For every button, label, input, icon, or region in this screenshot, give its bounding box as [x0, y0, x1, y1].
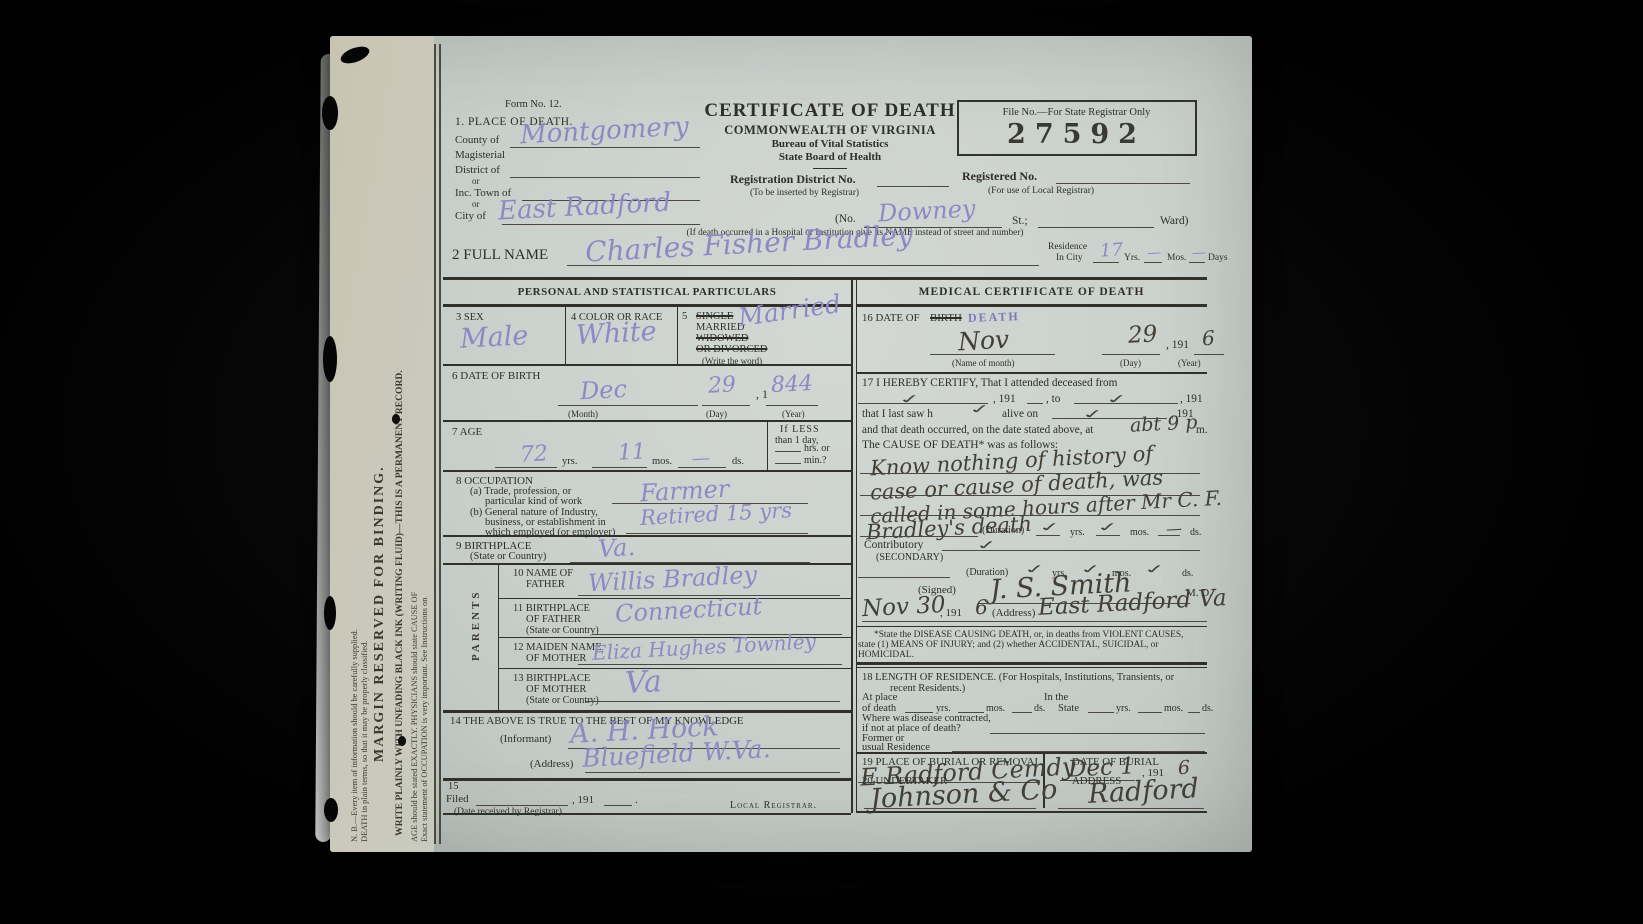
- blank-line: [877, 186, 949, 187]
- dod-year-printed: , 191: [1166, 339, 1189, 352]
- stitch-hole: [392, 414, 400, 424]
- blank-line: [766, 405, 818, 406]
- stitch-hole: [398, 736, 406, 746]
- blank-line: [1056, 183, 1190, 184]
- age-ds-label: ds.: [732, 456, 744, 468]
- blank-line: [864, 808, 1036, 809]
- divider: [856, 304, 1207, 307]
- footnote-line3: HOMICIDAL.: [858, 650, 914, 661]
- blank-line: [558, 405, 698, 406]
- registered-no-note: (For use of Local Registrar): [988, 186, 1094, 197]
- father-bp-value: Connecticut: [614, 594, 762, 626]
- column-divider: [851, 277, 853, 813]
- month-caption: (Month): [568, 409, 598, 419]
- registration-district-note: (To be inserted by Registrar): [750, 188, 859, 199]
- or-label: or: [472, 199, 480, 209]
- ditto-check: ✓: [966, 401, 994, 416]
- blank-line: [1012, 712, 1032, 713]
- item16-label: 16 DATE OF: [862, 312, 920, 324]
- last-saw-label: that I last saw h: [862, 408, 933, 421]
- margin-note-nb-line1: N. B.—Every item of information should b…: [350, 629, 359, 842]
- st-label: St.;: [1012, 215, 1028, 228]
- mos-label: mos.: [1164, 703, 1183, 714]
- margin-age-line1: AGE should be stated EXACTLY. PHYSICIANS…: [410, 592, 419, 842]
- divider: [813, 168, 847, 169]
- column-divider: [856, 277, 858, 813]
- city-of-label: City of: [455, 210, 486, 222]
- local-registrar-label: Local Registrar.: [730, 800, 817, 811]
- item5-number: 5: [682, 311, 687, 323]
- dod-month-value: Nov: [957, 327, 1009, 355]
- to-label: , to: [1046, 393, 1060, 406]
- blank-line: [604, 805, 632, 806]
- alive-on-label: alive on: [1002, 408, 1038, 421]
- divider: [443, 710, 851, 713]
- blank-line: [702, 405, 750, 406]
- married-label: MARRIED: [696, 322, 744, 334]
- age-mos-label: mos.: [652, 456, 672, 468]
- stitch-line: [439, 44, 441, 844]
- county-value: Montgomery: [519, 114, 689, 149]
- days-label: Days: [1208, 253, 1228, 264]
- single-label: SINGLE: [696, 311, 733, 323]
- year-printed: , 191: [1180, 393, 1203, 406]
- filed-label: Filed: [446, 793, 469, 805]
- divider: [443, 470, 851, 472]
- footnote-line2: state (1) MEANS OF INJURY; and (2) wheth…: [858, 640, 1158, 651]
- registration-district-label: Registration District No.: [730, 173, 856, 186]
- margin-note-nb-line2: DEATH in plain terms, so that it may be …: [360, 641, 369, 842]
- day-caption: (Day): [706, 409, 727, 419]
- registered-no-label: Registered No.: [962, 170, 1037, 183]
- blank-line: [495, 467, 557, 468]
- paper-tear: [322, 96, 338, 130]
- cell-divider: [565, 307, 566, 364]
- contributory-label: Contributory: [864, 539, 923, 552]
- undertaker-address-value: Radford: [1087, 775, 1199, 808]
- year-caption: (Year): [1178, 358, 1201, 368]
- blank-line: [1144, 262, 1162, 263]
- state-country-note: (State or Country): [470, 551, 546, 563]
- divider: [856, 372, 1207, 374]
- ditto-check: ✓: [973, 537, 1001, 552]
- ward-label: Ward): [1160, 215, 1188, 228]
- blank-line: [585, 772, 840, 773]
- time-of-death-value: abt 9 p: [1130, 413, 1198, 436]
- m-label: m.: [1196, 424, 1208, 437]
- ditto-check: ✓: [896, 391, 924, 406]
- ditto-check: ✓: [1094, 519, 1122, 534]
- age-label: 7 AGE: [452, 426, 482, 438]
- mos-label: Mos.: [1167, 253, 1186, 264]
- death-occurred-label: and that death occurred, on the date sta…: [862, 424, 1093, 437]
- age-days-dash: —: [692, 450, 711, 469]
- blank-line: [930, 354, 1055, 355]
- footnote-line1: *State the DISEASE CAUSING DEATH, or, in…: [874, 630, 1183, 641]
- father-name-label2: FATHER: [526, 579, 565, 591]
- blank-line: [1188, 712, 1200, 713]
- magisterial-label: Magisterial: [455, 149, 505, 161]
- divorced-label: OR DIVORCED: [696, 344, 767, 356]
- ds-label: ds.: [1034, 703, 1045, 714]
- dob-day-value: 29: [707, 374, 736, 397]
- residence-label: Residence: [1048, 242, 1087, 253]
- divider: [443, 778, 851, 781]
- blank-line: [626, 533, 808, 534]
- paper-tear: [323, 336, 337, 382]
- blank-line: [592, 467, 647, 468]
- filed-year-printed: , 191: [572, 794, 594, 806]
- duration-mos-label: mos.: [1130, 527, 1149, 538]
- age-yrs-label: yrs.: [562, 456, 577, 468]
- physician-address-label: (Address): [992, 607, 1035, 619]
- mother-bp-label1: 13 BIRTHPLACE: [513, 673, 590, 685]
- age-years-value: 72: [519, 443, 548, 466]
- mother-name-label1: 12 MAIDEN NAME: [513, 642, 602, 654]
- blank-line: [1088, 712, 1114, 713]
- blank-line: [1102, 354, 1160, 355]
- margin-age-line2: Exact statement of OCCUPATION is very im…: [420, 598, 429, 842]
- father-bp-label1: 11 BIRTHPLACE: [513, 603, 590, 615]
- residence-years-value: 17: [1100, 241, 1124, 260]
- divider: [443, 420, 851, 422]
- blank-line: [678, 467, 726, 468]
- duration-ds-label: ds.: [1182, 568, 1193, 579]
- blank-line: [1038, 227, 1154, 228]
- or-label: or: [472, 176, 480, 186]
- occupation-a-line2: particular kind of work: [485, 496, 582, 508]
- commonwealth-label: COMMONWEALTH OF VIRGINIA: [680, 123, 980, 137]
- race-value: White: [575, 318, 657, 349]
- ditto-check: ✓: [1036, 519, 1064, 534]
- bureau-label: Bureau of Vital Statistics: [680, 138, 980, 150]
- paper-tear: [324, 596, 336, 630]
- ditto-check: ✓: [1079, 406, 1107, 421]
- blank-line: [1027, 403, 1043, 404]
- ditto-check: ✓: [1103, 391, 1131, 406]
- filed-period: .: [635, 794, 638, 806]
- cell-divider: [677, 307, 678, 364]
- divider: [443, 563, 851, 565]
- divider: [856, 626, 1207, 627]
- blank-line: [1138, 712, 1162, 713]
- yrs-label: Yrs.: [1124, 253, 1140, 264]
- father-name-label1: 10 NAME OF: [513, 568, 573, 580]
- photo-background: N. B.—Every item of information should b…: [0, 0, 1643, 924]
- state-country-note: (State or Country): [526, 625, 599, 636]
- blank-line: [476, 805, 568, 806]
- blank-line: [858, 577, 950, 578]
- city-value: East Radford: [497, 189, 671, 224]
- certificate-title: CERTIFICATE OF DEATH: [680, 100, 980, 121]
- divider: [443, 535, 851, 537]
- secondary-label: (SECONDARY): [876, 552, 943, 563]
- at-place-label: At place: [862, 692, 897, 704]
- cell-divider: [767, 420, 768, 470]
- if-less-line1: If LESS: [780, 424, 820, 435]
- residence-days-dash: —: [1192, 246, 1207, 261]
- file-number-label: File No.—For State Registrar Only: [959, 107, 1194, 119]
- blank-line: [1158, 535, 1180, 536]
- duration-yrs-label: yrs.: [1070, 527, 1085, 538]
- birth-struck-label: BIRTH: [930, 312, 962, 324]
- right-section-title: MEDICAL CERTIFICATE OF DEATH: [856, 286, 1207, 299]
- blank-line: [578, 664, 842, 665]
- divider: [856, 667, 1207, 668]
- divider: [856, 662, 1207, 665]
- state-label: State: [1058, 703, 1079, 715]
- in-city-label: In City: [1056, 253, 1083, 264]
- county-label: County of: [455, 134, 499, 146]
- informant-address-label: (Address): [530, 758, 573, 770]
- full-name-label: 2 FULL NAME: [452, 247, 548, 264]
- dod-year-value: 6: [1201, 328, 1215, 349]
- dob-month-value: Dec: [579, 377, 627, 403]
- form-number: Form No. 12.: [505, 99, 562, 111]
- margin-write-plainly: WRITE PLAINLY WITH UNFADING BLACK INK (W…: [394, 370, 405, 836]
- mother-name-label2: OF MOTHER: [526, 653, 586, 665]
- occupation-b-line3: which employed (or employer): [485, 527, 615, 539]
- signature-date-value: Nov 30: [861, 594, 946, 621]
- signature-year-printed: , 191: [940, 607, 962, 619]
- divider: [498, 668, 851, 669]
- divider: [443, 813, 851, 815]
- mother-bp-value: Va: [624, 667, 662, 699]
- age-months-value: 11: [617, 441, 646, 464]
- blank-line: [1096, 535, 1120, 536]
- mother-name-value: Eliza Hughes Townley: [592, 631, 817, 663]
- blank-line: [990, 733, 1205, 734]
- dob-label: 6 DATE OF BIRTH: [452, 370, 540, 382]
- divider: [443, 277, 1207, 280]
- widowed-label: WIDOWED: [696, 333, 748, 345]
- full-name-value: Charles Fisher Bradley: [584, 221, 913, 266]
- signature-year-value: 6: [974, 597, 988, 618]
- certify-line: 17 I HEREBY CERTIFY, That I attended dec…: [862, 377, 1117, 390]
- blank-line: [775, 463, 801, 464]
- board-label: State Board of Health: [680, 151, 980, 163]
- duration-label: (Duration): [982, 525, 1024, 536]
- in-the-label: In the: [1044, 692, 1068, 704]
- father-name-value: Willis Bradley: [587, 563, 757, 596]
- father-bp-label2: OF FATHER: [526, 614, 581, 626]
- residence-months-dash: —: [1147, 246, 1162, 261]
- divider: [856, 811, 1207, 813]
- dod-day-value: 29: [1127, 323, 1157, 348]
- divider: [443, 364, 851, 366]
- birthplace-value: Va.: [597, 535, 635, 561]
- year-printed: , 191: [993, 393, 1016, 406]
- blank-line: [1036, 535, 1060, 536]
- item15-number: 15: [448, 781, 459, 793]
- year-caption: (Year): [782, 409, 805, 419]
- parents-label: PARENTS: [470, 589, 482, 661]
- death-certificate: N. B.—Every item of information should b…: [330, 36, 1252, 852]
- file-number-value: 27592: [959, 120, 1194, 150]
- if-less-line3: hrs. or: [804, 443, 830, 454]
- ditto-check: ✓: [1141, 561, 1169, 576]
- ds-label: ds.: [1202, 703, 1213, 714]
- district-of-label: District of: [455, 164, 500, 176]
- blank-line: [510, 177, 700, 178]
- stitch-line: [434, 44, 436, 844]
- death-stamp: DEATH: [968, 310, 1020, 325]
- item18-label-line1: 18 LENGTH OF RESIDENCE. (For Hospitals, …: [862, 672, 1174, 684]
- paper-tear: [324, 798, 338, 822]
- if-less-line4: min.?: [804, 455, 827, 466]
- item18-label-line2: recent Residents.): [890, 683, 965, 695]
- mother-bp-label2: OF MOTHER: [526, 684, 586, 696]
- blank-line: [1058, 808, 1204, 809]
- name-month-caption: (Name of month): [952, 358, 1014, 368]
- blank-line: [862, 621, 1207, 622]
- blank-line: [585, 701, 840, 702]
- margin-binding-label: MARGIN RESERVED FOR BINDING.: [372, 465, 388, 762]
- blank-line: [860, 536, 978, 537]
- blank-line: [775, 451, 801, 452]
- dob-year-printed: , 1: [756, 388, 768, 401]
- duration-ds-label: ds.: [1190, 527, 1201, 538]
- sex-value: Male: [459, 322, 529, 353]
- day-caption: (Day): [1120, 358, 1141, 368]
- blank-line: [1189, 262, 1205, 263]
- occupation-b-value: Retired 15 yrs: [640, 500, 793, 529]
- informant-label: (Informant): [500, 733, 551, 745]
- file-number-box: File No.—For State Registrar Only 27592: [957, 100, 1197, 156]
- blank-line: [1093, 262, 1119, 263]
- blank-line: [1194, 354, 1224, 355]
- dob-year-value: 844: [770, 373, 813, 397]
- yrs-label: yrs.: [1116, 703, 1131, 714]
